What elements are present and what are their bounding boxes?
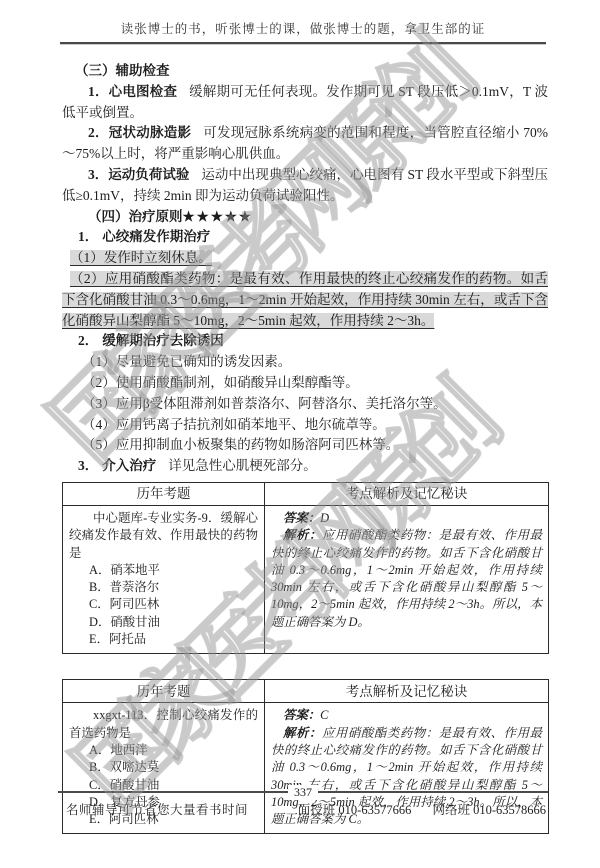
subsection-attack-treatment: 1．心绞痛发作期治疗 (62, 227, 548, 248)
highlight-line-rest: （1）发作时立刻休息。 (62, 248, 548, 269)
document-body: （三）辅助检查 1．心电图检查缓解期可无任何表现。发作期可见 ST 段压低＞0.… (62, 61, 548, 834)
analysis-label: 解析： (283, 528, 322, 542)
paragraph-label: 心电图检查 (109, 84, 178, 99)
question-cell: 中心题库-专业实务-9．缓解心绞痛发作最有效、作用最快的药物是 A．硝苯地平 B… (63, 505, 265, 653)
paragraph-label: 介入治疗 (102, 458, 156, 473)
paragraph-number: 2． (78, 333, 98, 348)
list-item: （3）应用β受体阻滞剂如普萘洛尔、阿替洛尔、美托洛尔等。 (62, 394, 548, 415)
contact-phone-inperson: 面授班 010-63577666 (298, 803, 412, 817)
paragraph-stress-test: 3．运动负荷试验运动中出现典型心绞痛，心电图有 ST 段水平型或下斜型压低≥0.… (62, 165, 548, 207)
section-heading-4: （四）治疗原则★★★★★ (62, 207, 548, 228)
subsection-remission-treatment: 2．缓解期治疗去除诱因 (62, 331, 548, 352)
paragraph-number: 3． (78, 458, 98, 473)
option-b: B．双嘧达莫 (69, 759, 258, 776)
list-item: （2）使用硝酸酯制剂，如硝酸异山梨醇酯等。 (62, 373, 548, 394)
paragraph-text: 详见急性心肌梗死部分。 (168, 458, 317, 473)
section-heading-3: （三）辅助检查 (62, 61, 548, 82)
option-c: C．阿司匹林 (69, 596, 258, 613)
option-a: A．硝苯地平 (69, 562, 258, 579)
paragraph-label: 冠状动脉造影 (109, 125, 192, 140)
header-rule (60, 42, 546, 44)
list-item: （1）尽量避免已确知的诱发因素。 (62, 352, 548, 373)
section-heading-text: （四）治疗原则 (88, 209, 183, 224)
analysis-cell: 答案：D 解析：应用硝酸酯类药物：是最有效、作用最快的终止心绞痛发作的药物。如舌… (265, 505, 549, 653)
footer-slogan: 名师辅导可节省您大量看书时间 (66, 800, 248, 818)
list-item: （4）应用钙离子拮抗剂如硝苯地平、地尔硫䓬等。 (62, 415, 548, 436)
paragraph-angiography: 2．冠状动脉造影可发现冠脉系统病变的范围和程度，当管腔直径缩小 70%～75%以… (62, 123, 548, 165)
question-text: xxgxt-113．控制心绞痛发作的首选药物是 (69, 707, 258, 742)
page-header: 读张博士的书，听张博士的课，做张博士的题，拿卫生部的证 (60, 19, 546, 44)
table-header-questions: 历年考题 (63, 680, 265, 703)
subsection-interventional: 3．介入治疗详见急性心肌梗死部分。 (62, 456, 548, 477)
table-header-analysis: 考点解析及记忆秘诀 (265, 482, 549, 505)
analysis-value: 应用硝酸酯类药物：是最有效、作用最快的终止心绞痛发作的药物。如舌下含化硝酸甘油 … (271, 528, 542, 628)
answer-line: 答案：C (271, 707, 542, 724)
page-number: 337 (288, 785, 318, 800)
option-b: B．普萘洛尔 (69, 579, 258, 596)
paragraph-label: 运动负荷试验 (108, 167, 189, 182)
document-page: 国家医考网原创 国家医考网原创 读张博士的书，听张博士的课，做张博士的题，拿卫生… (0, 0, 600, 868)
paragraph-label: 缓解期治疗去除诱因 (102, 333, 224, 348)
option-e: E．阿托品 (69, 631, 258, 648)
answer-value: C (320, 708, 328, 722)
highlighted-text: （1）发作时立刻休息。 (70, 250, 212, 265)
answer-label: 答案： (283, 511, 320, 525)
table-header-analysis: 考点解析及记忆秘诀 (265, 680, 549, 703)
paragraph-number: 1． (88, 84, 109, 99)
footer-contacts: 面授班 010-63577666 网络班 010-63578666 (298, 800, 546, 818)
contact-phone-online: 网络班 010-63578666 (432, 803, 546, 817)
paragraph-number: 1． (78, 229, 98, 244)
paragraph-ecg: 1．心电图检查缓解期可无任何表现。发作期可见 ST 段压低＞0.1mV，T 波低… (62, 82, 548, 124)
list-item: （5）应用抑制血小板聚集的药物如肠溶阿司匹林等。 (62, 435, 548, 456)
answer-line: 答案：D (271, 510, 542, 527)
highlight-paragraph-nitrates: （2）应用硝酸酯类药物：是最有效、作用最快的终止心绞痛发作的药物。如舌下含化硝酸… (62, 269, 548, 331)
importance-stars: ★★★★★ (183, 209, 254, 224)
analysis-label: 解析： (283, 726, 322, 740)
option-d: D．硝酸甘油 (69, 614, 258, 631)
table-header-questions: 历年考题 (63, 482, 265, 505)
paragraph-number: 3． (88, 167, 108, 182)
highlighted-text: （2）应用硝酸酯类药物：是最有效、作用最快的终止心绞痛发作的药物。如舌下含化硝酸… (62, 271, 548, 328)
analysis-text: 解析：应用硝酸酯类药物：是最有效、作用最快的终止心绞痛发作的药物。如舌下含化硝酸… (271, 527, 542, 631)
answer-value: D (320, 511, 329, 525)
answer-label: 答案： (283, 708, 320, 722)
paragraph-label: 心绞痛发作期治疗 (102, 229, 210, 244)
page-footer: 名师辅导可节省您大量看书时间 337 面授班 010-63577666 网络班 … (58, 791, 548, 793)
paragraph-number: 2． (88, 125, 109, 140)
question-text: 中心题库-专业实务-9．缓解心绞痛发作最有效、作用最快的药物是 (69, 510, 258, 562)
exam-table-1: 历年考题 考点解析及记忆秘诀 中心题库-专业实务-9．缓解心绞痛发作最有效、作用… (62, 482, 549, 654)
option-a: A．地西泮 (69, 742, 258, 759)
header-slogan: 读张博士的书，听张博士的课，做张博士的题，拿卫生部的证 (60, 19, 546, 37)
